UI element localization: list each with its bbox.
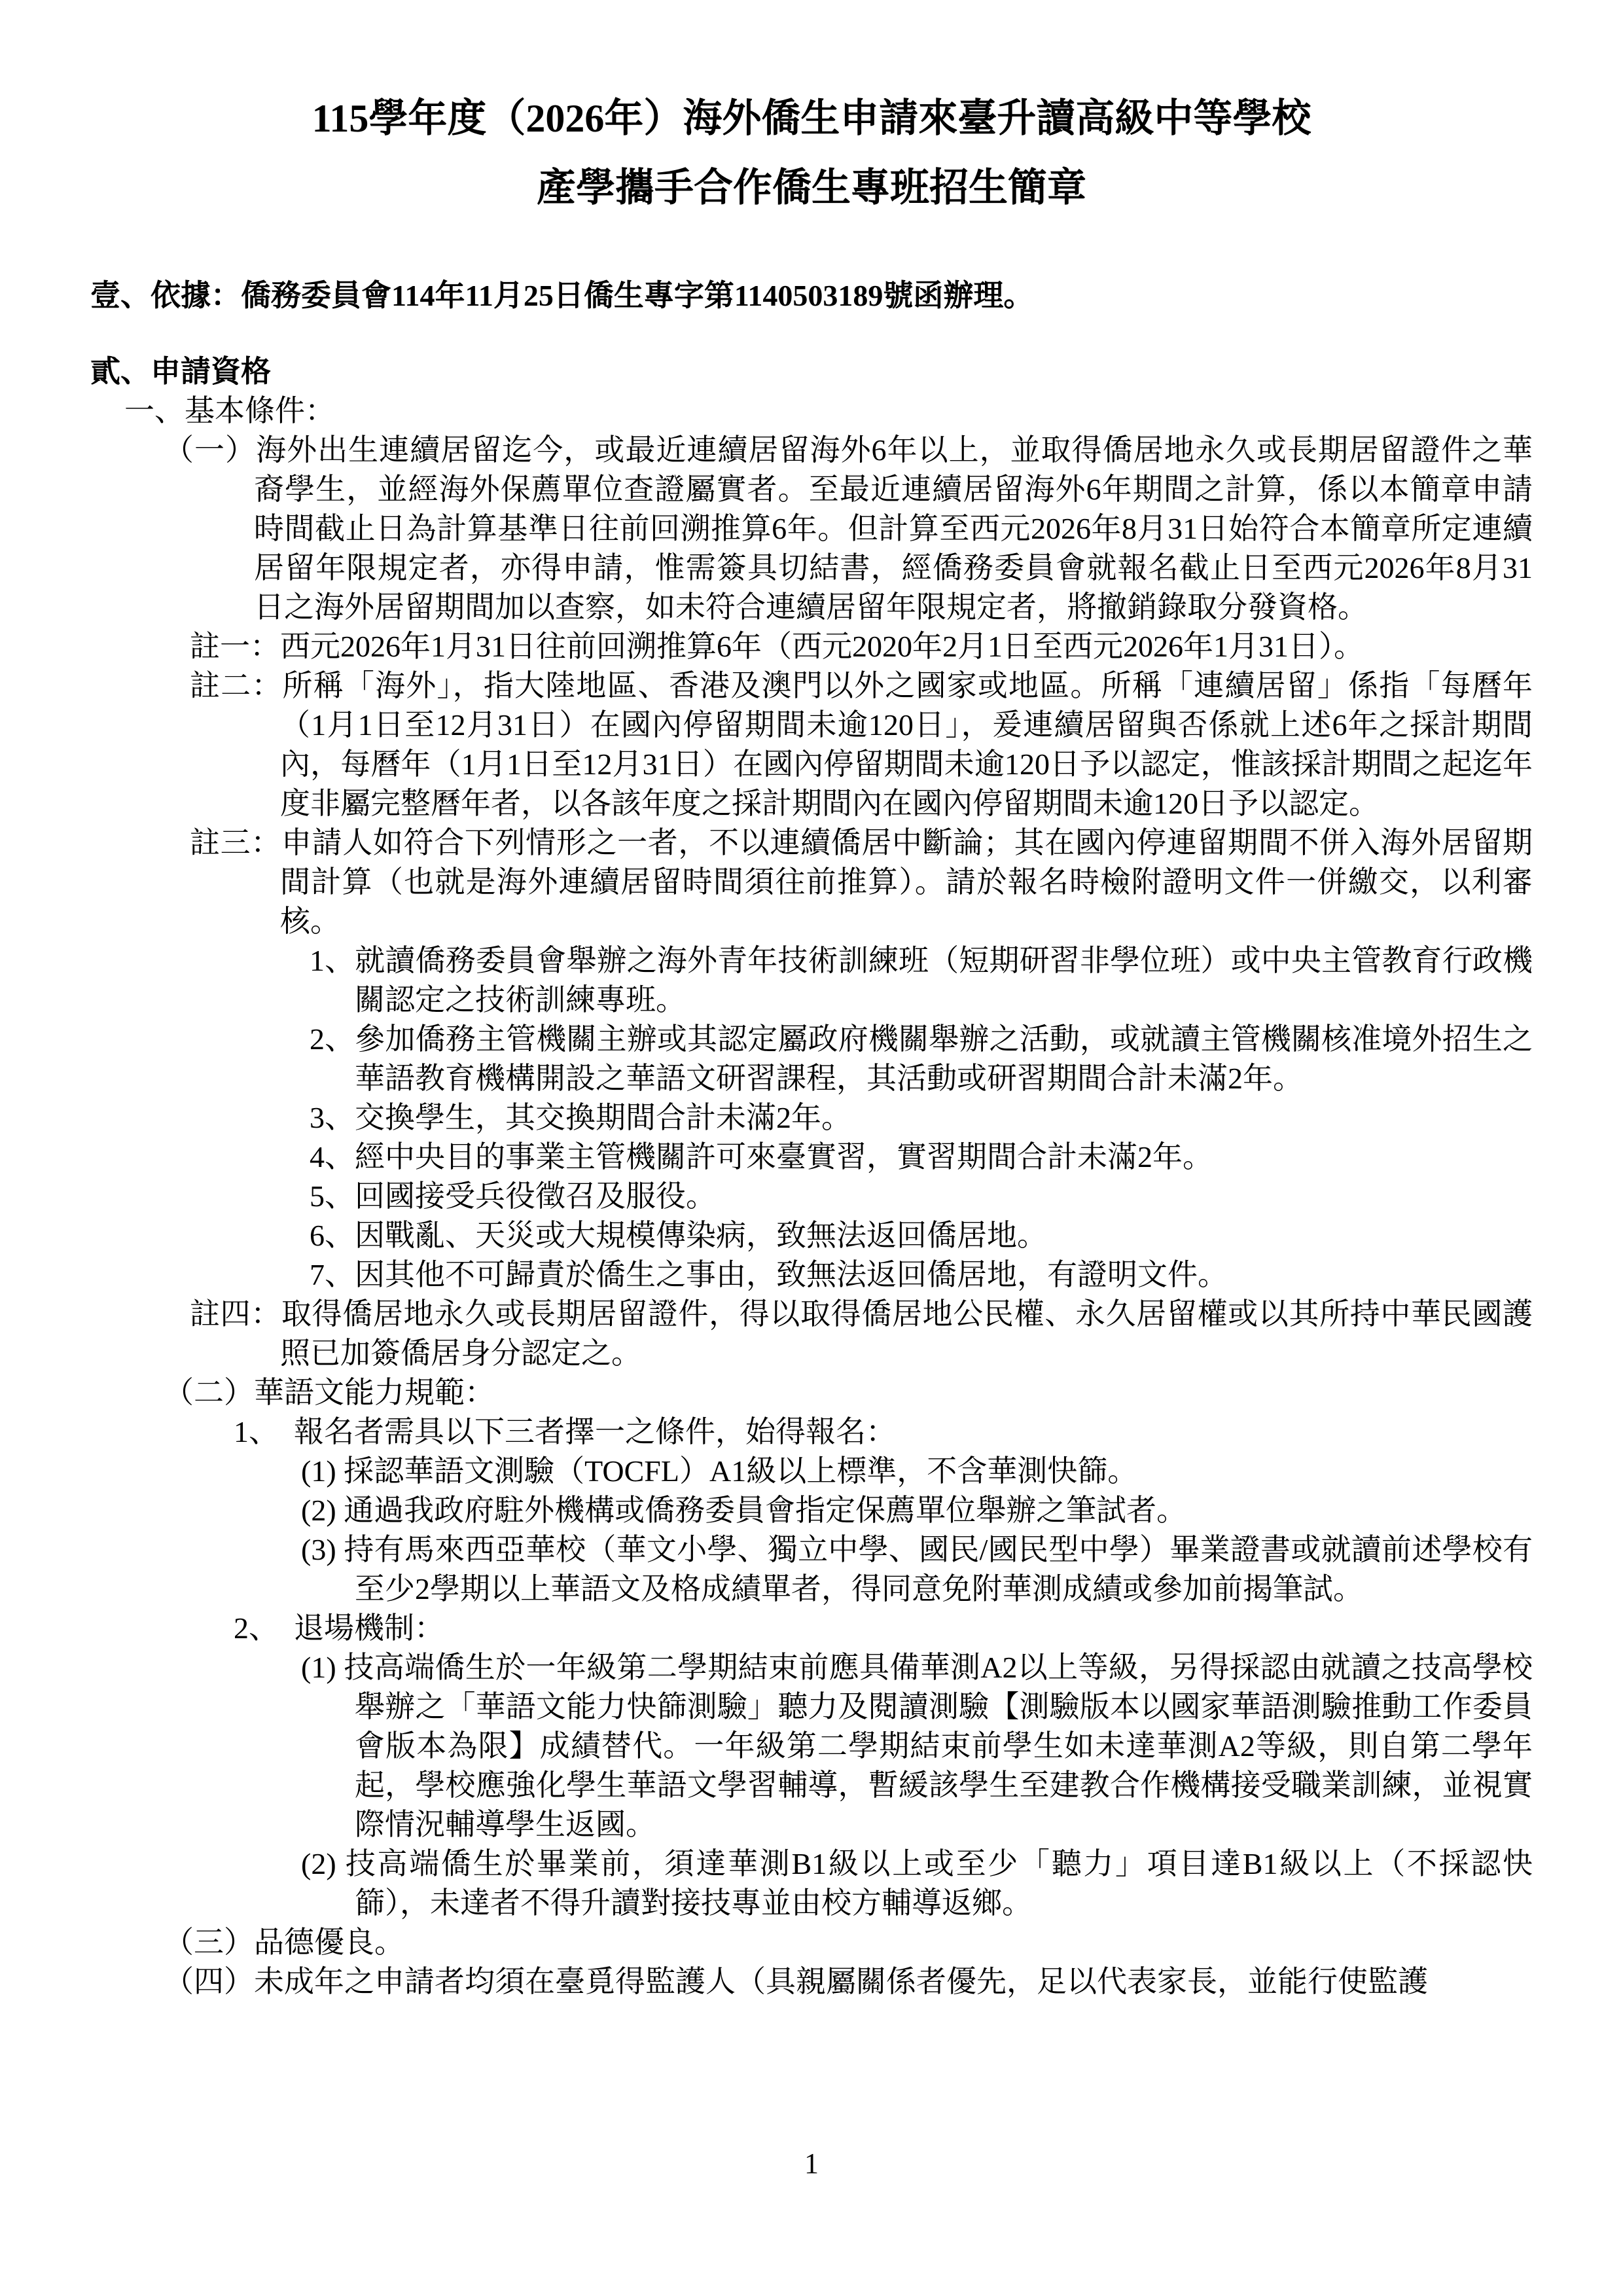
paragraph: 2、參加僑務主管機關主辦或其認定屬政府機關舉辦之活動，或就讀主管機關核准境外招生… [0, 1020, 1533, 1098]
page-number: 1 [0, 2148, 1623, 2179]
paragraph: 3、交換學生，其交換期間合計未滿2年。 [0, 1098, 1533, 1138]
paragraph: 4、經中央目的事業主管機關許可來臺實習，實習期間合計未滿2年。 [0, 1138, 1533, 1177]
document-page: 115學年度（2026年）海外僑生申請來臺升讀高級中等學校 產學攜手合作僑生專班… [0, 0, 1623, 2296]
paragraph: 7、因其他不可歸責於僑生之事由，致無法返回僑居地，有證明文件。 [0, 1255, 1533, 1295]
paragraph: (1) 技高端僑生於一年級第二學期結束前應具備華測A2以上等級，另得採認由就讀之… [0, 1648, 1533, 1844]
paragraph: 6、因戰亂、天災或大規模傳染病，致無法返回僑居地。 [0, 1216, 1533, 1255]
paragraph: 壹、依據：僑務委員會114年11月25日僑生專字第1140503189號函辦理。 [0, 276, 1533, 315]
paragraph: (3) 持有馬來西亞華校（華文小學、獨立中學、國民/國民型中學）畢業證書或就讀前… [0, 1530, 1533, 1609]
paragraph: 5、回國接受兵役徵召及服役。 [0, 1177, 1533, 1216]
paragraph: 1、 報名者需具以下三者擇一之條件，始得報名： [0, 1412, 1533, 1452]
paragraph: (2) 技高端僑生於畢業前，須達華測B1級以上或至少「聽力」項目達B1級以上（不… [0, 1844, 1533, 1923]
paragraph: 貳、申請資格 [0, 352, 1533, 391]
paragraph: （三）品德優良。 [0, 1923, 1533, 1962]
paragraph: 註二：所稱「海外」，指大陸地區、香港及澳門以外之國家或地區。所稱「連續居留」係指… [0, 666, 1533, 823]
paragraph: (2) 通過我政府駐外機構或僑務委員會指定保薦單位舉辦之筆試者。 [0, 1491, 1533, 1530]
title-line-2: 產學攜手合作僑生專班招生簡章 [0, 153, 1623, 223]
title-line-1: 115學年度（2026年）海外僑生申請來臺升讀高級中等學校 [0, 84, 1623, 153]
paragraph: （二）華語文能力規範： [0, 1373, 1533, 1412]
paragraph: (1) 採認華語文測驗（TOCFL）A1級以上標準，不含華測快篩。 [0, 1452, 1533, 1491]
paragraph: （一）海外出生連續居留迄今，或最近連續居留海外6年以上，並取得僑居地永久或長期居… [0, 431, 1533, 627]
paragraph: 一、基本條件： [0, 391, 1533, 431]
document-title: 115學年度（2026年）海外僑生申請來臺升讀高級中等學校 產學攜手合作僑生專班… [0, 84, 1623, 223]
paragraph: 1、就讀僑務委員會舉辦之海外青年技術訓練班（短期研習非學位班）或中央主管教育行政… [0, 941, 1533, 1020]
paragraph: 註一：西元2026年1月31日往前回溯推算6年（西元2020年2月1日至西元20… [0, 627, 1533, 666]
paragraph: 2、 退場機制： [0, 1609, 1533, 1648]
paragraph: （四）未成年之申請者均須在臺覓得監護人（具親屬關係者優先，足以代表家長，並能行使… [0, 1962, 1533, 2001]
paragraph: 註四：取得僑居地永久或長期居留證件，得以取得僑居地公民權、永久居留權或以其所持中… [0, 1295, 1533, 1373]
document-body: 壹、依據：僑務委員會114年11月25日僑生專字第1140503189號函辦理。… [0, 276, 1623, 2001]
paragraph: 註三：申請人如符合下列情形之一者，不以連續僑居中斷論；其在國內停連留期間不併入海… [0, 823, 1533, 941]
